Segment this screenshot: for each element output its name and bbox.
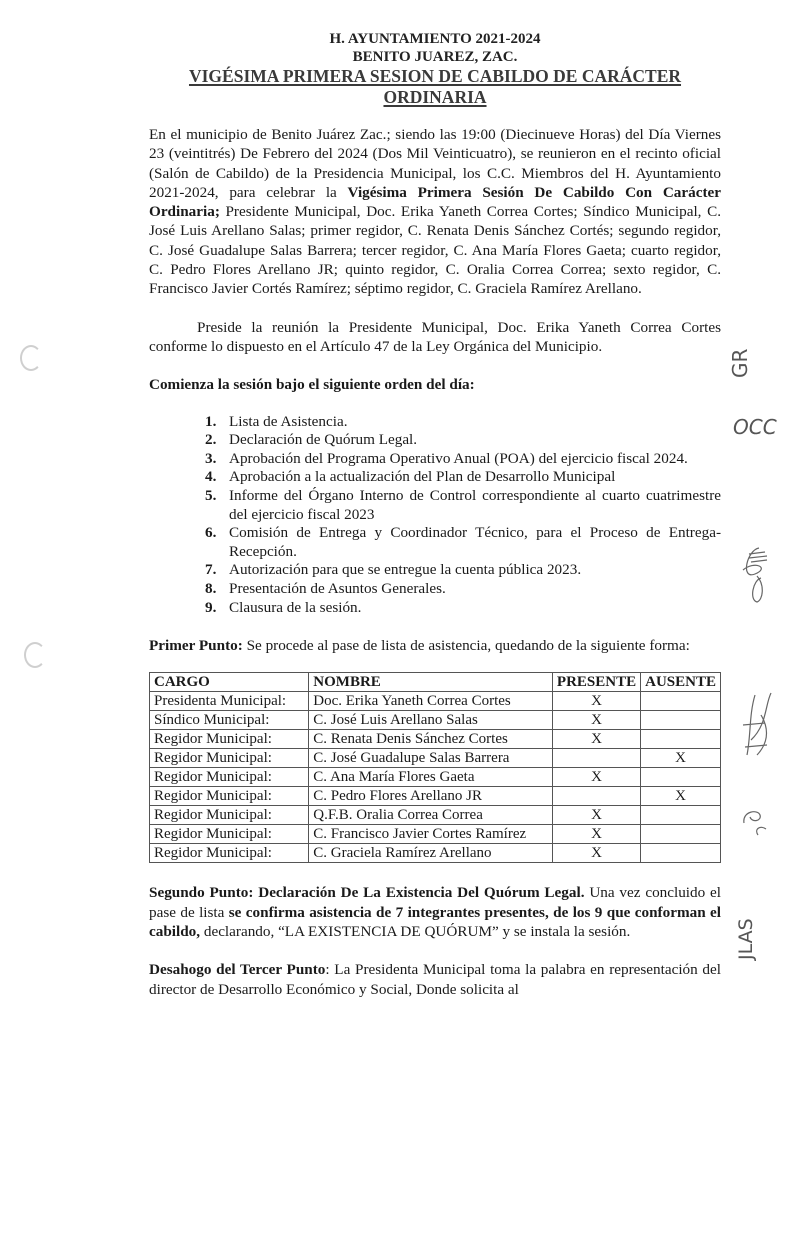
agenda-item-text: Clausura de la sesión. bbox=[229, 599, 361, 616]
agenda-item: 5.Informe del Órgano Interno de Control … bbox=[205, 487, 721, 524]
cell-presente: X bbox=[552, 825, 640, 844]
agenda-item-number: 9. bbox=[205, 599, 216, 618]
cell-cargo: Regidor Municipal: bbox=[150, 749, 309, 768]
col-header-presente: PRESENTE bbox=[552, 673, 640, 692]
agenda-heading: Comienza la sesión bajo el siguiente ord… bbox=[149, 375, 721, 394]
cell-presente: X bbox=[552, 692, 640, 711]
attendance-table: CARGO NOMBRE PRESENTE AUSENTE Presidenta… bbox=[149, 672, 721, 863]
agenda-list: 1.Lista de Asistencia.2.Declaración de Q… bbox=[149, 413, 721, 618]
agenda-item-number: 7. bbox=[205, 561, 216, 580]
table-row: Regidor Municipal:Q.F.B. Oralia Correa C… bbox=[150, 806, 721, 825]
handwritten-initials: GR bbox=[728, 349, 752, 378]
agenda-item-text: Declaración de Quórum Legal. bbox=[229, 431, 417, 448]
cell-cargo: Presidenta Municipal: bbox=[150, 692, 309, 711]
cell-nombre: C. Graciela Ramírez Arellano bbox=[309, 844, 553, 863]
cell-nombre: Doc. Erika Yaneth Correa Cortes bbox=[309, 692, 553, 711]
agenda-item-number: 1. bbox=[205, 413, 216, 432]
table-row: Regidor Municipal:C. Renata Denis Sánche… bbox=[150, 730, 721, 749]
cell-cargo: Regidor Municipal: bbox=[150, 825, 309, 844]
cell-ausente: X bbox=[641, 787, 721, 806]
cell-cargo: Regidor Municipal: bbox=[150, 787, 309, 806]
agenda-item: 4.Aprobación a la actualización del Plan… bbox=[205, 468, 721, 487]
table-row: Regidor Municipal:C. Pedro Flores Arella… bbox=[150, 787, 721, 806]
cell-nombre: C. José Luis Arellano Salas bbox=[309, 711, 553, 730]
agenda-item-text: Comisión de Entrega y Coordinador Técnic… bbox=[229, 524, 721, 560]
intro-text-cont: Presidente Municipal, Doc. Erika Yaneth … bbox=[149, 203, 721, 297]
agenda-item: 1.Lista de Asistencia. bbox=[205, 413, 721, 432]
agenda-item-number: 4. bbox=[205, 468, 216, 487]
agenda-item-text: Autorización para que se entregue la cue… bbox=[229, 561, 581, 578]
table-row: Regidor Municipal:C. Ana María Flores Ga… bbox=[150, 768, 721, 787]
table-row: Presidenta Municipal:Doc. Erika Yaneth C… bbox=[150, 692, 721, 711]
col-header-cargo: CARGO bbox=[150, 673, 309, 692]
tercer-punto-paragraph: Desahogo del Tercer Punto: La Presidenta… bbox=[149, 960, 721, 999]
agenda-item: 8.Presentación de Asuntos Generales. bbox=[205, 580, 721, 599]
cell-presente: X bbox=[552, 730, 640, 749]
punch-hole-mark bbox=[20, 345, 42, 371]
agenda-item: 6.Comisión de Entrega y Coordinador Técn… bbox=[205, 524, 721, 561]
cell-ausente bbox=[641, 730, 721, 749]
cell-ausente bbox=[641, 768, 721, 787]
table-row: Regidor Municipal:C. Francisco Javier Co… bbox=[150, 825, 721, 844]
header-line-1: H. AYUNTAMIENTO 2021-2024 bbox=[149, 30, 721, 48]
primer-punto-label: Primer Punto: bbox=[149, 637, 243, 654]
cell-nombre: C. Ana María Flores Gaeta bbox=[309, 768, 553, 787]
cell-nombre: C. José Guadalupe Salas Barrera bbox=[309, 749, 553, 768]
primer-punto-text: Se procede al pase de lista de asistenci… bbox=[243, 637, 690, 654]
session-title: VIGÉSIMA PRIMERA SESION DE CABILDO DE CA… bbox=[149, 66, 721, 87]
segundo-punto-paragraph: Segundo Punto: Declaración De La Existen… bbox=[149, 883, 721, 941]
agenda-item-number: 8. bbox=[205, 580, 216, 599]
agenda-item-number: 6. bbox=[205, 524, 216, 543]
cell-nombre: Q.F.B. Oralia Correa Correa bbox=[309, 806, 553, 825]
handwritten-initials: JLAS bbox=[735, 918, 757, 960]
table-row: Regidor Municipal:C. Graciela Ramírez Ar… bbox=[150, 844, 721, 863]
cell-presente: X bbox=[552, 844, 640, 863]
signature-mark bbox=[737, 685, 777, 770]
agenda-item: 9.Clausura de la sesión. bbox=[205, 599, 721, 618]
primer-punto-paragraph: Primer Punto: Se procede al pase de list… bbox=[149, 636, 721, 655]
agenda-item: 3.Aprobación del Programa Operativo Anua… bbox=[205, 450, 721, 469]
cell-ausente bbox=[641, 806, 721, 825]
cell-ausente bbox=[641, 844, 721, 863]
segundo-punto-label: Segundo Punto: Declaración De La Existen… bbox=[149, 884, 585, 901]
cell-presente: X bbox=[552, 768, 640, 787]
punch-hole-mark bbox=[24, 642, 46, 668]
header-line-2: BENITO JUAREZ, ZAC. bbox=[149, 48, 721, 66]
cell-nombre: C. Pedro Flores Arellano JR bbox=[309, 787, 553, 806]
table-header-row: CARGO NOMBRE PRESENTE AUSENTE bbox=[150, 673, 721, 692]
cell-presente: X bbox=[552, 806, 640, 825]
agenda-item-text: Aprobación del Programa Operativo Anual … bbox=[229, 450, 688, 467]
agenda-item-number: 5. bbox=[205, 487, 216, 506]
cell-ausente bbox=[641, 825, 721, 844]
col-header-ausente: AUSENTE bbox=[641, 673, 721, 692]
signature-mark bbox=[735, 540, 775, 610]
agenda-item-text: Aprobación a la actualización del Plan d… bbox=[229, 468, 615, 485]
col-header-nombre: NOMBRE bbox=[309, 673, 553, 692]
agenda-item-text: Informe del Órgano Interno de Control co… bbox=[229, 487, 721, 523]
cell-presente: X bbox=[552, 711, 640, 730]
cell-cargo: Regidor Municipal: bbox=[150, 768, 309, 787]
cell-presente bbox=[552, 749, 640, 768]
document-page: H. AYUNTAMIENTO 2021-2024 BENITO JUAREZ,… bbox=[149, 30, 721, 999]
agenda-heading-text: Comienza la sesión bajo el siguiente ord… bbox=[149, 376, 475, 393]
cell-nombre: C. Renata Denis Sánchez Cortes bbox=[309, 730, 553, 749]
agenda-item-number: 2. bbox=[205, 431, 216, 450]
agenda-item: 2.Declaración de Quórum Legal. bbox=[205, 431, 721, 450]
table-row: Síndico Municipal:C. José Luis Arellano … bbox=[150, 711, 721, 730]
agenda-item-text: Presentación de Asuntos Generales. bbox=[229, 580, 446, 597]
table-row: Regidor Municipal:C. José Guadalupe Sala… bbox=[150, 749, 721, 768]
segundo-punto-text-cont: declarando, “LA EXISTENCIA DE QUÓRUM” y … bbox=[200, 923, 630, 940]
agenda-item-text: Lista de Asistencia. bbox=[229, 413, 348, 430]
intro-paragraph: En el municipio de Benito Juárez Zac.; s… bbox=[149, 125, 721, 299]
cell-ausente bbox=[641, 692, 721, 711]
agenda-item: 7.Autorización para que se entregue la c… bbox=[205, 561, 721, 580]
cell-cargo: Regidor Municipal: bbox=[150, 730, 309, 749]
tercer-punto-label: Desahogo del Tercer Punto bbox=[149, 961, 325, 978]
cell-ausente bbox=[641, 711, 721, 730]
agenda-item-number: 3. bbox=[205, 450, 216, 469]
cell-nombre: C. Francisco Javier Cortes Ramírez bbox=[309, 825, 553, 844]
cell-presente bbox=[552, 787, 640, 806]
preside-paragraph: Preside la reunión la Presidente Municip… bbox=[149, 318, 721, 357]
cell-cargo: Regidor Municipal: bbox=[150, 844, 309, 863]
session-title-cont: ORDINARIA bbox=[149, 87, 721, 108]
handwritten-mark bbox=[738, 805, 774, 845]
handwritten-initials: OCC bbox=[733, 415, 777, 439]
cell-ausente: X bbox=[641, 749, 721, 768]
cell-cargo: Síndico Municipal: bbox=[150, 711, 309, 730]
cell-cargo: Regidor Municipal: bbox=[150, 806, 309, 825]
